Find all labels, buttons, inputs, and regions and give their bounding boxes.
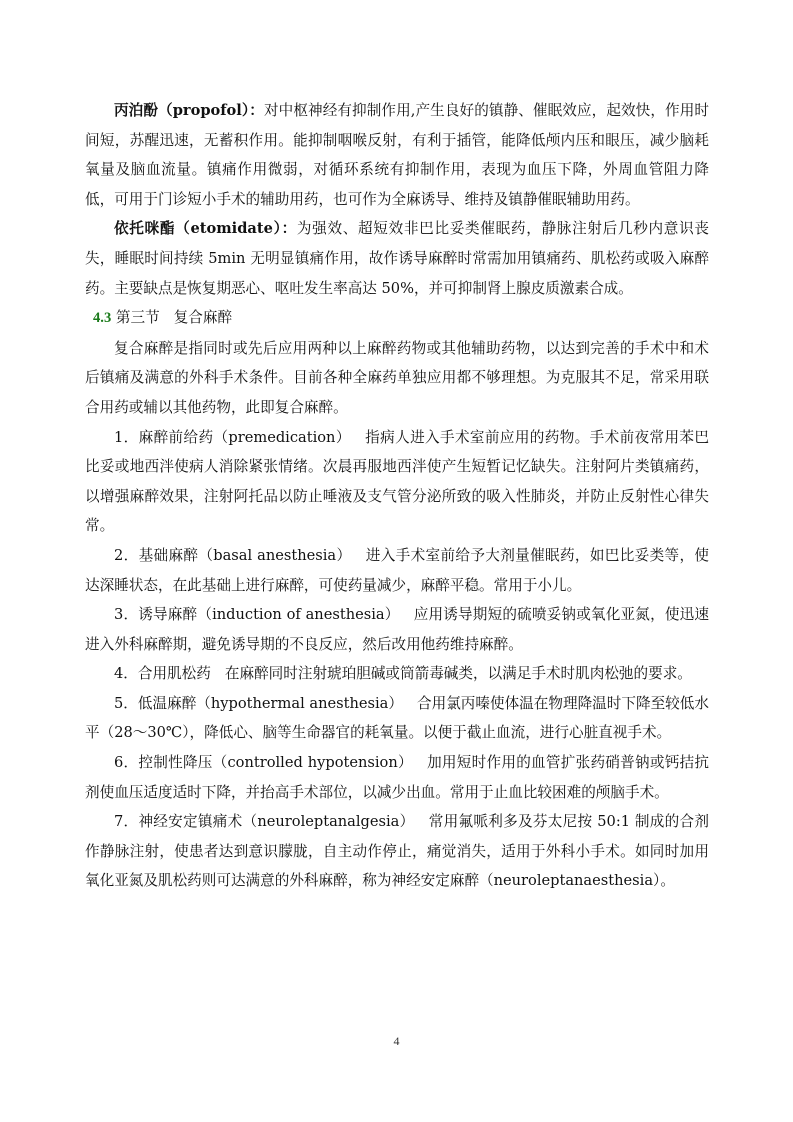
item-title: 合用肌松药 (138, 665, 211, 682)
item-title: 神经安定镇痛术（neuroleptanalgesia） (138, 813, 414, 830)
item-number: 7． (114, 813, 138, 830)
item-number: 6． (114, 754, 138, 771)
list-item: 7．神经安定镇痛术（neuroleptanalgesia）常用氟哌利多及芬太尼按… (85, 807, 709, 896)
item-title: 基础麻醉（basal anesthesia） (139, 547, 352, 564)
paragraph-propofol: 丙泊酚（propofol）：对中枢神经有抑制作用,产生良好的镇静、催眠效应，起效… (85, 96, 709, 214)
item-number: 5． (114, 695, 138, 712)
item-title: 控制性降压（controlled hypotension） (138, 754, 412, 771)
section-heading: 4.3 第三节复合麻醉 (85, 303, 709, 334)
item-title: 低温麻醉（hypothermal anesthesia） (138, 695, 403, 712)
list-item: 3．诱导麻醉（induction of anesthesia）应用诱导期短的硫喷… (85, 600, 709, 659)
page-number: 4 (0, 1034, 793, 1049)
item-title: 诱导麻醉（induction of anesthesia） (138, 606, 399, 623)
item-title: 麻醉前给药（premedication） (139, 429, 351, 446)
list-item: 2．基础麻醉（basal anesthesia）进入手术室前给予大剂量催眠药，如… (85, 541, 709, 600)
section-label: 第三节 (116, 309, 160, 326)
term-propofol: 丙泊酚（propofol）： (114, 102, 264, 119)
document-page: 丙泊酚（propofol）：对中枢神经有抑制作用,产生良好的镇静、催眠效应，起效… (85, 96, 709, 896)
paragraph-etomidate: 依托咪酯（etomidate）：为强效、超短效非巴比妥类催眠药，静脉注射后几秒内… (85, 214, 709, 303)
item-number: 2． (114, 547, 139, 564)
item-text: 在麻醉同时注射琥珀胆碱或筒箭毒碱类，以满足手术时肌肉松弛的要求。 (225, 665, 692, 682)
list-item: 5．低温麻醉（hypothermal anesthesia）合用氯丙嗪使体温在物… (85, 689, 709, 748)
term-etomidate: 依托咪酯（etomidate）： (114, 220, 297, 237)
item-number: 3． (114, 606, 138, 623)
list-item: 1．麻醉前给药（premedication）指病人进入手术室前应用的药物。手术前… (85, 423, 709, 541)
item-number: 4． (114, 665, 138, 682)
list-item: 4．合用肌松药在麻醉同时注射琥珀胆碱或筒箭毒碱类，以满足手术时肌肉松弛的要求。 (85, 659, 709, 689)
intro-paragraph: 复合麻醉是指同时或先后应用两种以上麻醉药物或其他辅助药物，以达到完善的手术中和术… (85, 334, 709, 423)
list-item: 6．控制性降压（controlled hypotension）加用短时作用的血管… (85, 748, 709, 807)
section-number: 4.3 (93, 310, 111, 326)
item-number: 1． (114, 429, 139, 446)
section-title: 复合麻醉 (174, 309, 232, 326)
